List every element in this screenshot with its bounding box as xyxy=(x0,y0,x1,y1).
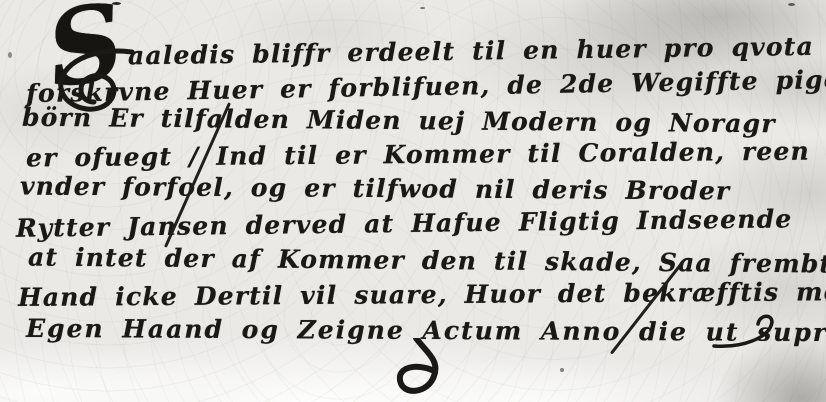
manuscript-line: aaledis bliffr erdeelt til en huer pro q… xyxy=(128,31,826,71)
manuscript-line: at intet der af Kommer den til skade, Sa… xyxy=(28,242,826,278)
manuscript-line: Hand icke Dertil vil suare, Huor det bek… xyxy=(18,277,826,312)
manuscript-line: vnder forfoel, og er tilfwod nil deris B… xyxy=(20,172,731,206)
manuscript-line: Rytter Jansen derved at Hafue Fligtig In… xyxy=(16,204,793,242)
manuscript-page: S aaledis bliffr erdeelt til en huer pro… xyxy=(0,0,826,402)
manuscript-line: börn Er tilfalden Miden uej Modern og No… xyxy=(22,103,776,139)
manuscript-line: Egen Haand og Zeigne Actum Anno die ut s… xyxy=(26,314,826,347)
ink-speck xyxy=(8,52,12,58)
manuscript-line: forskrvne Huer er forblifuen, de 2de Weg… xyxy=(26,65,826,108)
ink-speck xyxy=(560,368,564,372)
manuscript-line: er ofuegt / Ind til er Kommer til Corald… xyxy=(26,137,810,173)
ink-speck xyxy=(420,7,425,9)
ink-speck xyxy=(788,3,795,6)
ink-speck xyxy=(112,2,121,5)
descender-loop-flourish xyxy=(388,338,458,400)
